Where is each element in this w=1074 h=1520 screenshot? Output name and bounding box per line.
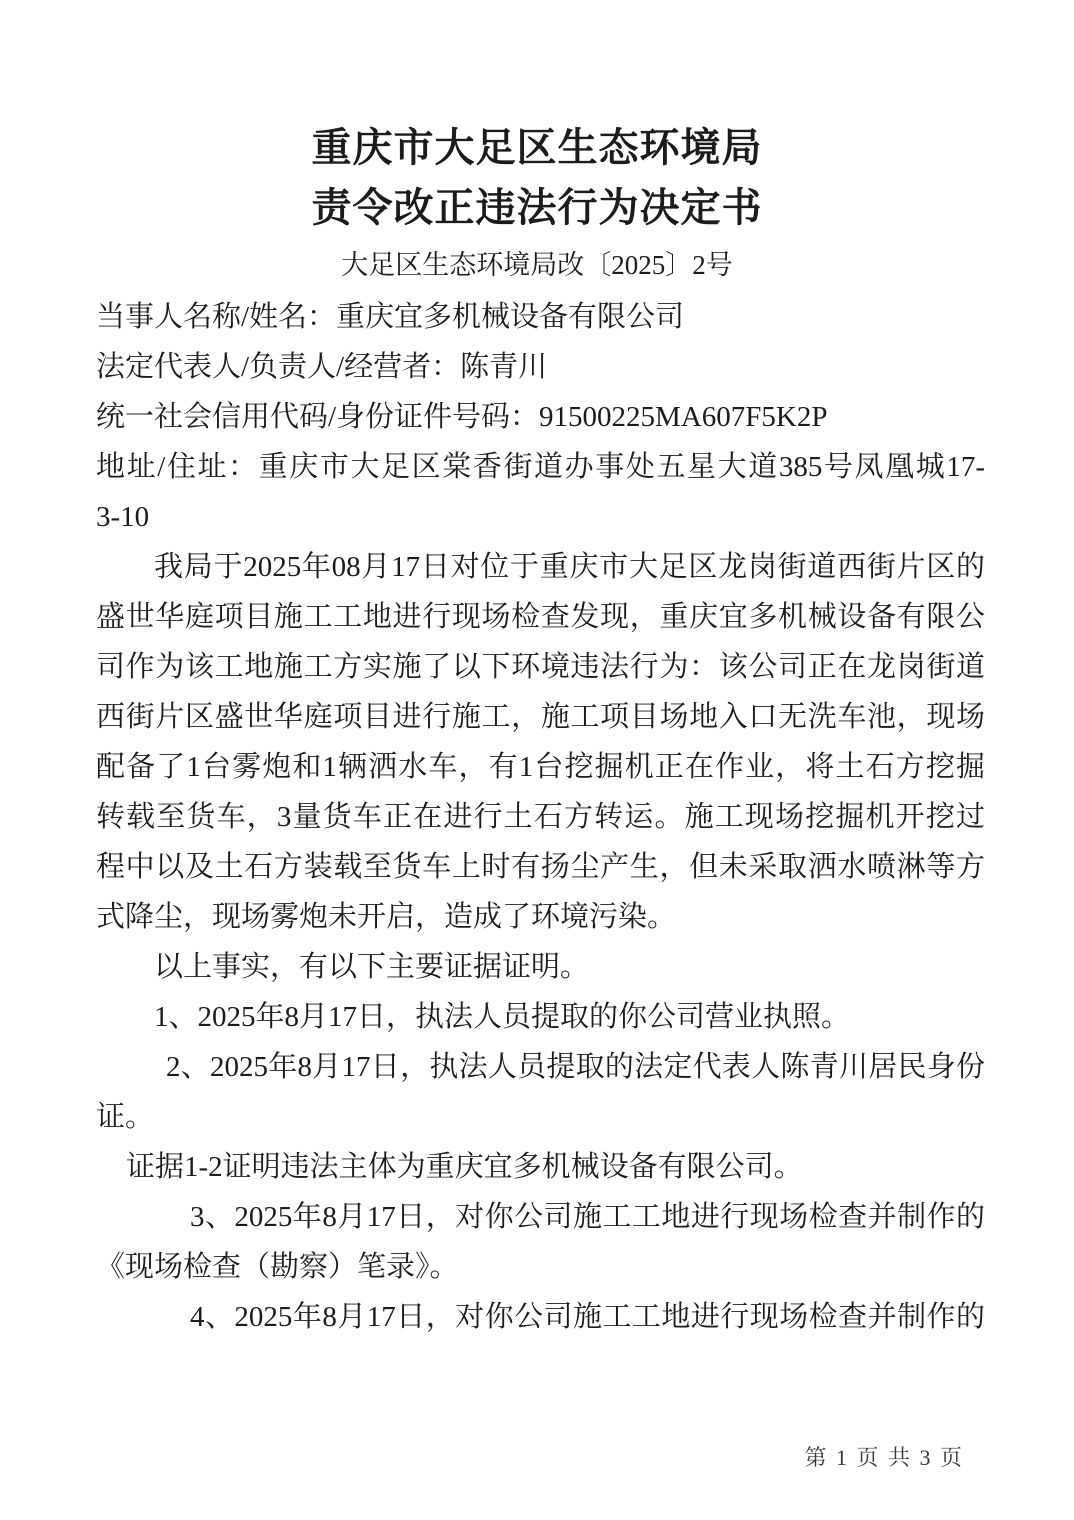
document-number: 大足区生态环境局改〔2025〕2号: [0, 240, 1074, 290]
body-line-facts-4: 西街片区盛世华庭项目进行施工，施工项目场地入口无洗车池，现场: [96, 692, 985, 742]
body-line-facts-3: 司作为该工地施工方实施了以下环境违法行为：该公司正在龙岗街道: [96, 642, 985, 692]
document-body: 当事人名称/姓名：重庆宜多机械设备有限公司 法定代表人/负责人/经营者：陈青川 …: [0, 292, 1074, 1342]
body-line-facts-5: 配备了1台雾炮和1辆洒水车，有1台挖掘机正在作业，将土石方挖掘: [96, 742, 985, 792]
body-line-evidence-2-cont: 证。: [96, 1092, 985, 1142]
body-line-credit-code: 统一社会信用代码/身份证件号码：91500225MA607F5K2P: [96, 392, 985, 442]
body-line-facts-2: 盛世华庭项目施工工地进行现场检查发现，重庆宜多机械设备有限公: [96, 592, 985, 642]
body-line-evidence-4: 4、2025年8月17日，对你公司施工工地进行现场检查并制作的: [96, 1292, 985, 1342]
body-line-facts-1: 我局于2025年08月17日对位于重庆市大足区龙岗街道西街片区的: [96, 542, 985, 592]
body-line-facts-6: 转载至货车，3量货车正在进行土石方转运。施工现场挖掘机开挖过: [96, 792, 985, 842]
body-line-evidence-1-2-note: 证据1-2证明违法主体为重庆宜多机械设备有限公司。: [96, 1142, 985, 1192]
body-line-facts-7: 程中以及土石方装载至货车上时有扬尘产生，但未采取洒水喷淋等方: [96, 842, 985, 892]
document-page: 重庆市大足区生态环境局 责令改正违法行为决定书 大足区生态环境局改〔2025〕2…: [0, 0, 1074, 1520]
body-line-evidence-1: 1、2025年8月17日，执法人员提取的你公司营业执照。: [96, 992, 985, 1042]
document-title-line-2: 责令改正违法行为决定书: [0, 178, 1074, 238]
body-line-evidence-intro: 以上事实，有以下主要证据证明。: [96, 942, 985, 992]
body-line-facts-8: 式降尘，现场雾炮未开启，造成了环境污染。: [96, 892, 985, 942]
body-line-address: 地址/住址：重庆市大足区棠香街道办事处五星大道385号凤凰城17-: [96, 442, 985, 492]
body-line-address-cont: 3-10: [96, 492, 985, 542]
body-line-evidence-3: 3、2025年8月17日，对你公司施工工地进行现场检查并制作的: [96, 1192, 985, 1242]
body-line-evidence-2: 2、2025年8月17日，执法人员提取的法定代表人陈青川居民身份: [96, 1042, 985, 1092]
document-header: 重庆市大足区生态环境局 责令改正违法行为决定书: [0, 0, 1074, 238]
body-line-evidence-3-cont: 《现场检查（勘察）笔录》。: [96, 1242, 985, 1292]
page-number-indicator: 第 1 页 共 3 页: [804, 1442, 964, 1474]
body-line-legal-rep: 法定代表人/负责人/经营者：陈青川: [96, 342, 985, 392]
document-title-line-1: 重庆市大足区生态环境局: [0, 118, 1074, 178]
body-line-party-name: 当事人名称/姓名：重庆宜多机械设备有限公司: [96, 292, 985, 342]
